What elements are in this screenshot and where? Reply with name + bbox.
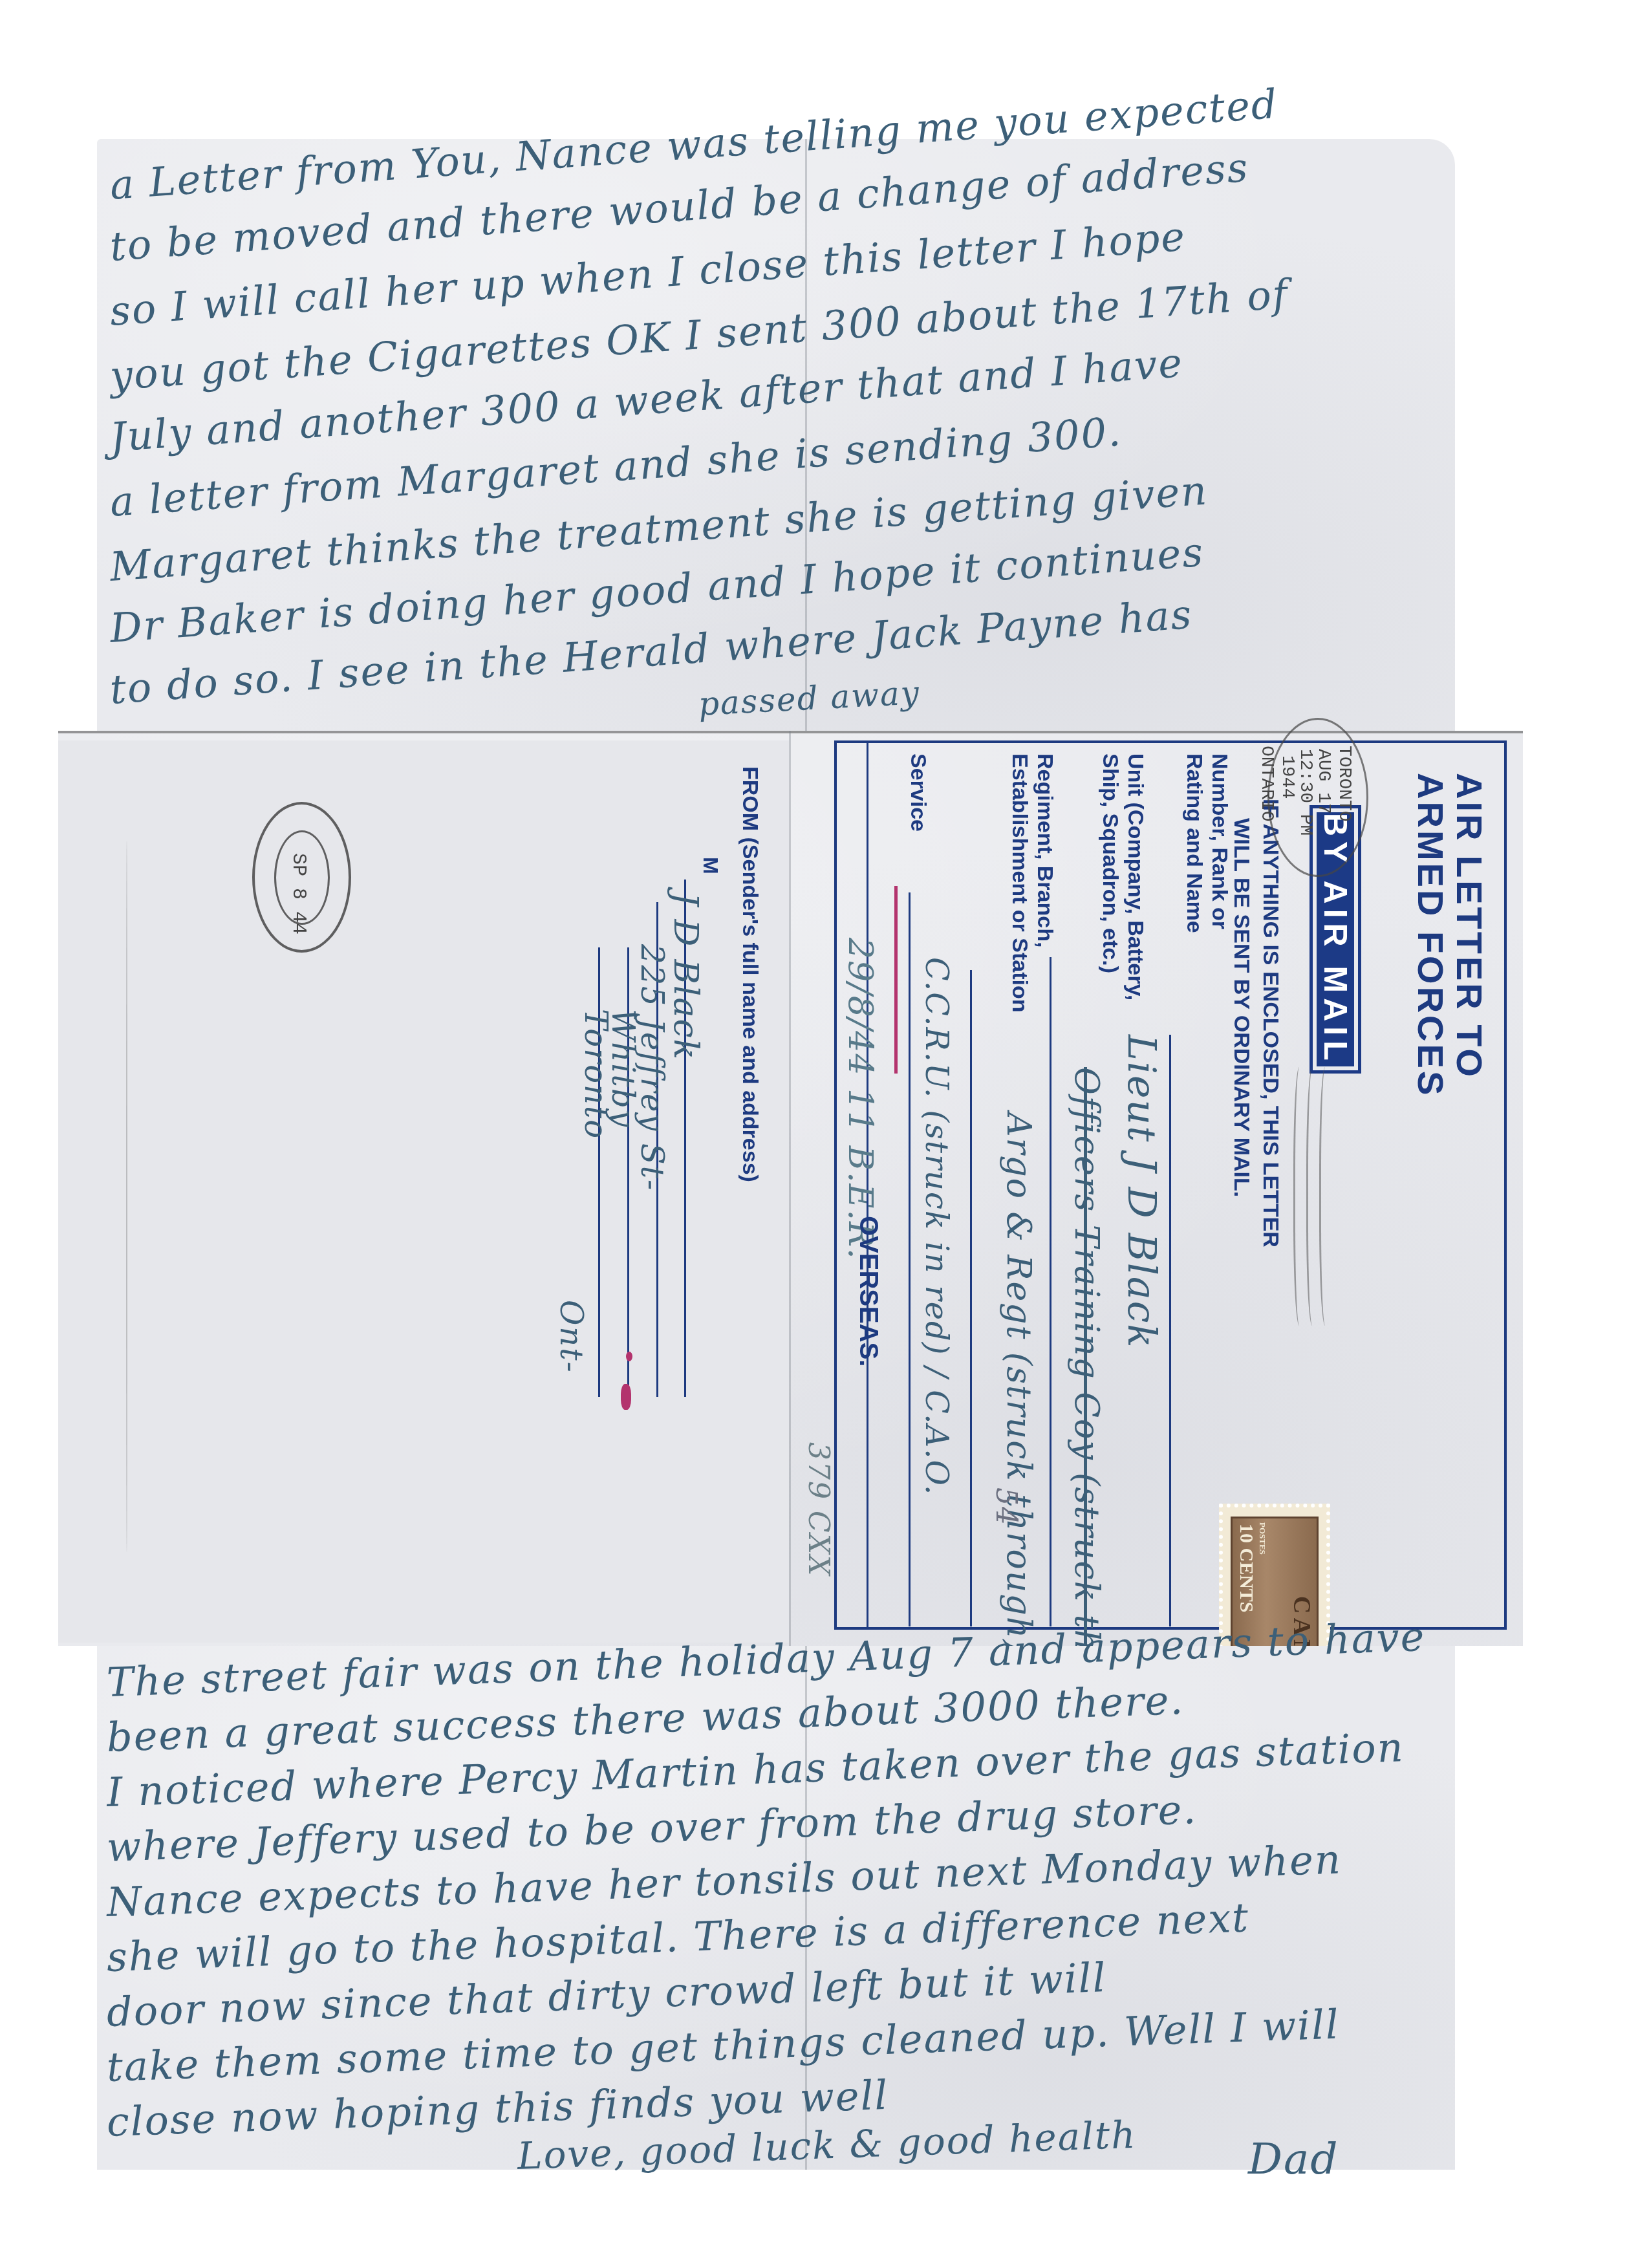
sender-city: Toronto (577, 1009, 614, 1139)
field-label-name: Number, Rank or Rating and Name (1170, 753, 1232, 960)
notice-line1: IF ANYTHING IS ENCLOSED, THIS LETTER (1258, 799, 1283, 1247)
back-flap (58, 740, 789, 1643)
extra-numbers: 379 CXX (802, 1442, 835, 1577)
red-dot (621, 1384, 631, 1410)
red-strikethrough (894, 886, 898, 1074)
form-title-line2: ARMED FORCES (1410, 773, 1452, 1097)
cancel-wave (1306, 1067, 1321, 1326)
red-dot (626, 1352, 632, 1361)
field-value-service: C.C.R.U. (struck in red) / C.A.O. (918, 957, 954, 1496)
annotation-54: 54 (989, 1487, 1022, 1526)
receiving-postmark: SP 8 44 (252, 802, 351, 953)
notice-line2: WILL BE SENT BY ORDINARY MAIL. (1229, 818, 1254, 1197)
from-label: FROM (Sender's full name and address) (737, 766, 762, 1182)
cancel-wave (1319, 1067, 1334, 1326)
field-rule (970, 970, 972, 1626)
field-label-unit: Unit (Company, Battery, Ship, Squadron, … (1086, 753, 1148, 1025)
sender-prefix: M (698, 857, 722, 874)
field-label-service: Service (905, 753, 931, 832)
fold-line (789, 731, 791, 1646)
signature: Dad (1248, 2134, 1339, 2184)
cancel-wave (1293, 1067, 1308, 1326)
sender-province: Ont- (553, 1300, 589, 1374)
form-title-line1: AIR LETTER TO (1449, 773, 1491, 1079)
destination-label: OVERSEAS. (854, 1216, 883, 1366)
flap-curve (126, 841, 127, 1552)
field-value-regiment: Argo & Regt (struck through) (999, 1112, 1038, 1654)
machine-postmark: TORONTO AUG 17 12:30 PM 1944 ONTARIO (1267, 718, 1368, 877)
field-label-regiment: Regiment, Branch, Establishment or Stati… (996, 753, 1057, 1038)
field-rule (1050, 957, 1051, 1626)
sender-name: J D Black (666, 892, 705, 1061)
field-rule (909, 892, 911, 1626)
field-rule (1169, 1035, 1171, 1626)
field-value-name: Lieut J D Black (1119, 1035, 1164, 1349)
service-number: 29/8/44 11 B.E.R. (841, 938, 879, 1260)
